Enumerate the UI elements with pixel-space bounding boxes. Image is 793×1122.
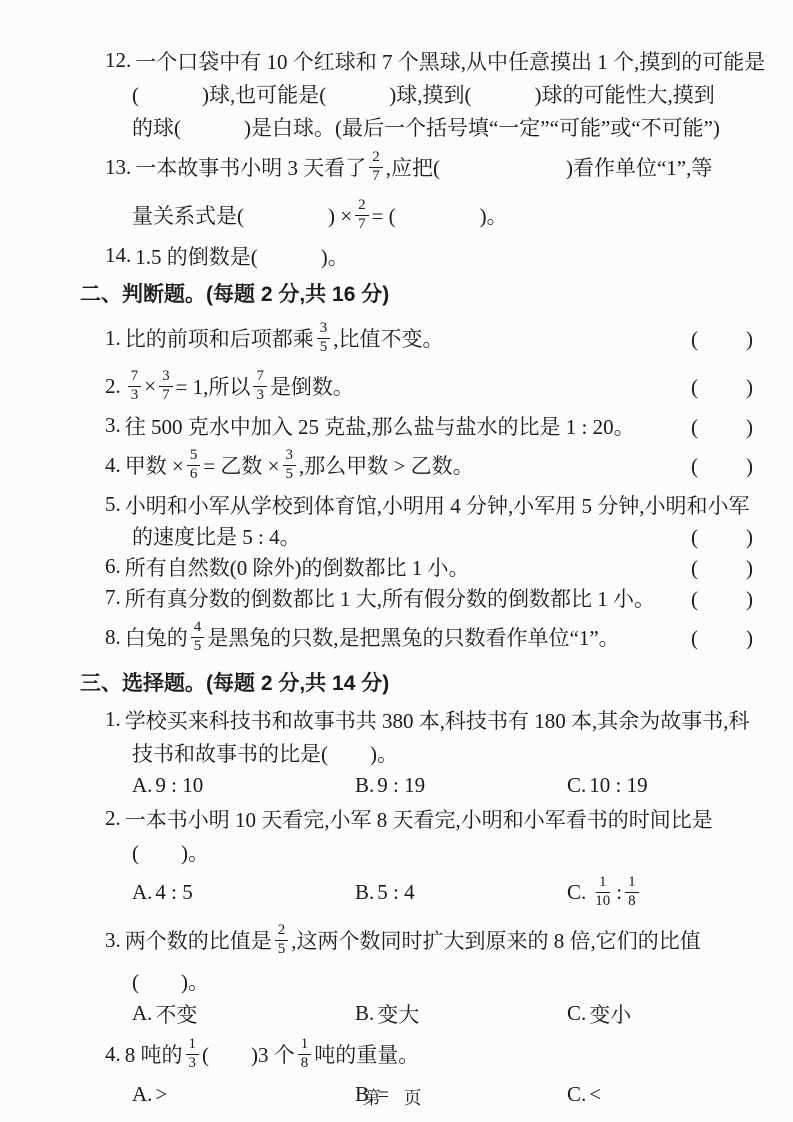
question-line: 1.学校买来科技书和故事书共 380 本,科技书有 180 本,其余为故事书,科	[105, 703, 759, 736]
fraction-numerator: 4	[191, 620, 205, 638]
option-label: C.	[567, 773, 586, 798]
question-text: = ( )。	[372, 200, 508, 230]
fraction-numerator: 1	[625, 875, 639, 893]
question-true-false-3: 3.往 500 克水中加入 25 克盐,那么盐与盐水的比是 1 : 20。( )	[105, 410, 759, 441]
section-header-multiple-choice: 三、选择题。(每题 2 分,共 14 分)	[80, 667, 759, 697]
option-c: C.10 : 19	[567, 773, 648, 798]
question-true-false-1: 1.比的前项和后项都乘35,比值不变。( )	[105, 314, 759, 362]
fraction-denominator: 6	[187, 466, 201, 483]
question-line: 量关系式是( ) × 27 = ( )。	[105, 191, 759, 239]
option-label: A.	[132, 880, 152, 905]
question-line: 2.73 × 37 = 1,所以73是倒数。( )	[105, 362, 759, 410]
question-line: ( )球,也可能是( )球,摸到( )球的可能性大,摸到	[105, 77, 759, 110]
option-label: A.	[132, 773, 152, 798]
fraction-denominator: 3	[186, 1055, 200, 1072]
question-line: ( )。	[105, 964, 759, 997]
question-text: 一本书小明 10 天看完,小军 8 天看完,小明和小军看书的时间比是	[125, 804, 713, 834]
question-text: ( )3 个	[202, 1039, 295, 1069]
question-text: 量关系式是( ) ×	[132, 200, 352, 230]
question-text: ,应把( )看作单位“1”,等	[386, 152, 713, 182]
fraction: 25	[275, 923, 289, 958]
fraction: 45	[191, 620, 205, 655]
page-footer-label: 第 页	[362, 1088, 430, 1108]
question-number: 1.	[105, 707, 121, 732]
question-text: 变大	[377, 999, 419, 1029]
option-b: B.9 : 19	[355, 773, 567, 798]
question-true-false-2: 2.73 × 37 = 1,所以73是倒数。( )	[105, 362, 759, 410]
options-row: A.9 : 10B.9 : 19C.10 : 19	[105, 769, 759, 802]
answer-blank-parentheses: ( )	[691, 622, 759, 652]
question-text: ,比值不变。	[333, 323, 443, 353]
question-text: 甲数 ×	[125, 450, 184, 480]
question-number: 1.	[105, 326, 121, 351]
fraction-denominator: 5	[317, 339, 331, 356]
option-label: B.	[355, 1001, 374, 1026]
question-number: 8.	[105, 625, 121, 650]
fraction-numerator: 1	[596, 875, 610, 893]
question-number: 3.	[105, 413, 121, 438]
fraction-denominator: 5	[283, 466, 297, 483]
fraction-numerator: 1	[298, 1037, 312, 1055]
question-text: 8 吨的	[125, 1039, 183, 1069]
fraction: 73	[253, 369, 267, 404]
question-line: 12.一个口袋中有 10 个红球和 7 个黑球,从中任意摸出 1 个,摸到的可能…	[105, 44, 759, 77]
answer-blank-parentheses: ( )	[691, 552, 759, 582]
section-multiple-choice: 三、选择题。(每题 2 分,共 14 分)1.学校买来科技书和故事书共 380 …	[80, 667, 759, 1111]
fraction-denominator: 5	[275, 941, 289, 958]
exam-content: 12.一个口袋中有 10 个红球和 7 个黑球,从中任意摸出 1 个,摸到的可能…	[80, 44, 759, 1111]
question-true-false-7: 7.所有真分数的倒数都比 1 大,所有假分数的倒数都比 1 小。( )	[105, 582, 759, 613]
fraction-numerator: 2	[355, 198, 369, 216]
question-text: 比的前项和后项都乘	[125, 323, 314, 353]
fraction-denominator: 3	[128, 387, 142, 404]
question-text: 所有自然数(0 除外)的倒数都比 1 小。	[125, 552, 470, 582]
question-line: 2.一本书小明 10 天看完,小军 8 天看完,小明和小军看书的时间比是	[105, 802, 759, 835]
question-text: :	[616, 880, 622, 905]
question-line: 13.一本故事书小明 3 天看了27,应把( )看作单位“1”,等	[105, 143, 759, 191]
question-text: 两个数的比值是	[125, 925, 272, 955]
fraction: 110	[592, 875, 613, 910]
fraction: 73	[128, 369, 142, 404]
fraction-numerator: 7	[128, 369, 142, 387]
option-label: C.	[567, 880, 586, 905]
question-text: 往 500 克水中加入 25 克盐,那么盐与盐水的比是 1 : 20。	[125, 411, 635, 441]
fraction: 56	[187, 448, 201, 483]
question-text: 小明和小军从学校到体育馆,小明用 4 分钟,小军用 5 分钟,小明和小军	[125, 490, 750, 520]
option-b: B.5 : 4	[355, 880, 567, 905]
question-number: 4.	[105, 453, 121, 478]
fraction-denominator: 5	[191, 638, 205, 655]
question-text: 9 : 19	[377, 773, 425, 798]
fraction-numerator: 3	[283, 448, 297, 466]
question-text: ( )。	[132, 837, 209, 867]
answer-blank-parentheses: ( )	[691, 450, 759, 480]
question-line: 4.8 吨的13( )3 个18吨的重量。	[105, 1030, 759, 1078]
fraction-numerator: 7	[253, 369, 267, 387]
question-multiple-choice-3: 3.两个数的比值是25,这两个数同时扩大到原来的 8 倍,它们的比值( )。A.…	[105, 916, 759, 1030]
question-line: 3.往 500 克水中加入 25 克盐,那么盐与盐水的比是 1 : 20。( )	[105, 410, 759, 441]
question-text: 不变	[155, 999, 197, 1029]
question-line: 3.两个数的比值是25,这两个数同时扩大到原来的 8 倍,它们的比值	[105, 916, 759, 964]
question-line: 4.甲数 ×56 = 乙数 ×35,那么甲数 > 乙数。( )	[105, 441, 759, 489]
question-true-false-5: 5.小明和小军从学校到体育馆,小明用 4 分钟,小军用 5 分钟,小明和小军的速…	[105, 489, 759, 551]
question-fill-in-blanks-1: 12.一个口袋中有 10 个红球和 7 个黑球,从中任意摸出 1 个,摸到的可能…	[105, 44, 759, 143]
question-line: 的速度比是 5 : 4。( )	[105, 520, 759, 551]
fraction: 13	[186, 1037, 200, 1072]
question-text: 白兔的	[125, 622, 188, 652]
question-line: 14.1.5 的倒数是( )。	[105, 239, 759, 272]
options-row: A.不变B.变大C.变小	[105, 997, 759, 1030]
section-true-false: 二、判断题。(每题 2 分,共 16 分)1.比的前项和后项都乘35,比值不变。…	[80, 278, 759, 661]
question-text: ×	[144, 374, 156, 399]
answer-blank-parentheses: ( )	[691, 411, 759, 441]
question-true-false-4: 4.甲数 ×56 = 乙数 ×35,那么甲数 > 乙数。( )	[105, 441, 759, 489]
option-c: C.变小	[567, 999, 631, 1029]
question-number: 14.	[105, 243, 131, 268]
fraction-numerator: 3	[159, 369, 173, 387]
section-header-true-false: 二、判断题。(每题 2 分,共 16 分)	[80, 278, 759, 308]
question-fill-in-blanks-2: 13.一本故事书小明 3 天看了27,应把( )看作单位“1”,等量关系式是( …	[105, 143, 759, 239]
question-text: 一本故事书小明 3 天看了	[135, 152, 366, 182]
fraction-denominator: 10	[592, 893, 613, 910]
question-multiple-choice-2: 2.一本书小明 10 天看完,小军 8 天看完,小明和小军看书的时间比是( )。…	[105, 802, 759, 916]
question-number: 13.	[105, 155, 131, 180]
question-text: ( )。	[132, 966, 209, 996]
question-line: 6.所有自然数(0 除外)的倒数都比 1 小。( )	[105, 551, 759, 582]
option-label: B.	[355, 880, 374, 905]
question-line: 技书和故事书的比是( )。	[105, 736, 759, 769]
question-number: 5.	[105, 492, 121, 517]
question-true-false-8: 8.白兔的45是黑兔的只数,是把黑兔的只数看作单位“1”。( )	[105, 613, 759, 661]
answer-blank-parentheses: ( )	[691, 323, 759, 353]
question-line: ( )。	[105, 835, 759, 868]
question-text: ( )球,也可能是( )球,摸到( )球的可能性大,摸到	[132, 79, 715, 109]
question-line: 8.白兔的45是黑兔的只数,是把黑兔的只数看作单位“1”。( )	[105, 613, 759, 661]
fraction: 35	[283, 448, 297, 483]
question-text: 学校买来科技书和故事书共 380 本,科技书有 180 本,其余为故事书,科	[125, 705, 750, 735]
question-text: 9 : 10	[155, 773, 203, 798]
fraction: 35	[317, 321, 331, 356]
question-text: 是倒数。	[270, 371, 354, 401]
option-label: B.	[355, 773, 374, 798]
option-a: A.4 : 5	[132, 880, 355, 905]
question-text: 5 : 4	[377, 880, 414, 905]
question-text: ,那么甲数 > 乙数。	[299, 450, 474, 480]
question-true-false-6: 6.所有自然数(0 除外)的倒数都比 1 小。( )	[105, 551, 759, 582]
option-label: A.	[132, 1001, 152, 1026]
fraction-denominator: 7	[159, 387, 173, 404]
fraction: 27	[369, 150, 383, 185]
question-text: 4 : 5	[155, 880, 192, 905]
question-line: 1.比的前项和后项都乘35,比值不变。( )	[105, 314, 759, 362]
question-text: 的速度比是 5 : 4。	[132, 521, 301, 551]
fraction: 18	[625, 875, 639, 910]
question-text: 所有真分数的倒数都比 1 大,所有假分数的倒数都比 1 小。	[125, 583, 655, 613]
answer-blank-parentheses: ( )	[691, 583, 759, 613]
question-text: 技书和故事书的比是( )。	[132, 738, 398, 768]
fraction: 27	[355, 198, 369, 233]
question-line: 5.小明和小军从学校到体育馆,小明用 4 分钟,小军用 5 分钟,小明和小军	[105, 489, 759, 520]
question-multiple-choice-1: 1.学校买来科技书和故事书共 380 本,科技书有 180 本,其余为故事书,科…	[105, 703, 759, 802]
page-footer: 第 页	[0, 1084, 793, 1110]
fraction-numerator: 2	[275, 923, 289, 941]
question-number: 4.	[105, 1042, 121, 1067]
question-fill-in-blanks-3: 14.1.5 的倒数是( )。	[105, 239, 759, 272]
question-number: 6.	[105, 554, 121, 579]
option-label: C.	[567, 1001, 586, 1026]
question-line: 7.所有真分数的倒数都比 1 大,所有假分数的倒数都比 1 小。( )	[105, 582, 759, 613]
question-number: 7.	[105, 585, 121, 610]
fraction: 37	[159, 369, 173, 404]
fraction-numerator: 2	[369, 150, 383, 168]
option-a: A.9 : 10	[132, 773, 355, 798]
question-text: 一个口袋中有 10 个红球和 7 个黑球,从中任意摸出 1 个,摸到的可能是	[135, 46, 765, 76]
option-a: A.不变	[132, 999, 355, 1029]
section-fill-in-blanks: 12.一个口袋中有 10 个红球和 7 个黑球,从中任意摸出 1 个,摸到的可能…	[80, 44, 759, 272]
answer-blank-parentheses: ( )	[691, 521, 759, 551]
question-number: 12.	[105, 48, 131, 73]
question-number: 2.	[105, 806, 121, 831]
fraction-denominator: 8	[625, 893, 639, 910]
fraction-denominator: 7	[355, 216, 369, 233]
question-text: 吨的重量。	[314, 1039, 419, 1069]
options-row: A.4 : 5B.5 : 4C.110 : 18	[105, 868, 759, 916]
question-line: 的球( )是白球。(最后一个括号填“一定”“可能”或“不可能”)	[105, 110, 759, 143]
question-text: 的球( )是白球。(最后一个括号填“一定”“可能”或“不可能”)	[132, 112, 720, 142]
option-c: C.110 : 18	[567, 875, 642, 910]
fraction-numerator: 1	[186, 1037, 200, 1055]
question-text: 10 : 19	[589, 773, 647, 798]
fraction-numerator: 5	[187, 448, 201, 466]
fraction: 18	[298, 1037, 312, 1072]
option-b: B.变大	[355, 999, 567, 1029]
question-text: 变小	[589, 999, 631, 1029]
question-text: = 乙数 ×	[203, 450, 279, 480]
exam-paper-page: 12.一个口袋中有 10 个红球和 7 个黑球,从中任意摸出 1 个,摸到的可能…	[0, 0, 793, 1122]
question-text: 是黑兔的只数,是把黑兔的只数看作单位“1”。	[207, 622, 619, 652]
answer-blank-parentheses: ( )	[691, 371, 759, 401]
fraction-denominator: 8	[298, 1055, 312, 1072]
fraction-numerator: 3	[317, 321, 331, 339]
question-text: 1.5 的倒数是( )。	[135, 241, 349, 271]
question-number: 2.	[105, 374, 121, 399]
question-text: = 1,所以	[176, 371, 251, 401]
question-number: 3.	[105, 928, 121, 953]
fraction-denominator: 3	[253, 387, 267, 404]
fraction-denominator: 7	[369, 168, 383, 185]
question-text: ,这两个数同时扩大到原来的 8 倍,它们的比值	[291, 925, 701, 955]
